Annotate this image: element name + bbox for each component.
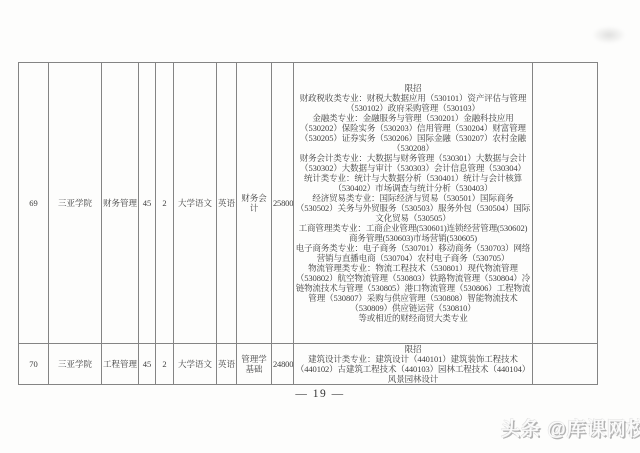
cell-blank: [533, 344, 598, 385]
cell-subject-3: 管理学基础: [237, 344, 272, 385]
cell-subject-1: 大学语文: [174, 63, 217, 344]
cell-major: 财务管理: [102, 63, 139, 344]
cell-subject-1: 大学语文: [174, 344, 217, 385]
watermark: 头条 @库课网校: [501, 414, 640, 441]
scan-smudge: [592, 26, 626, 44]
table-row: 70 三亚学院 工程管理 45 2 大学语文 英语 管理学基础 24800 限招…: [19, 344, 598, 385]
cell-blank: [533, 63, 598, 344]
cell-number-a: 45: [139, 344, 156, 385]
cell-tuition: 25800: [272, 63, 294, 344]
cell-remark: 限招 建筑设计类专业：建筑设计（440101）建筑装饰工程技术（440102）古…: [294, 344, 533, 385]
cell-number-a: 45: [139, 63, 156, 344]
cell-subject-3: 财务会计: [237, 63, 272, 344]
cell-number-b: 2: [156, 63, 174, 344]
document-page: { "colors": { "paper": "#fdfdfc", "text"…: [0, 0, 640, 453]
table-row: 69 三亚学院 财务管理 45 2 大学语文 英语 财务会计 25800 限招 …: [19, 63, 598, 344]
cell-school: 三亚学院: [49, 63, 102, 344]
cell-seq: 70: [19, 344, 49, 385]
page-number: — 19 —: [0, 388, 640, 400]
cell-seq: 69: [19, 63, 49, 344]
cell-subject-2: 英语: [217, 344, 237, 385]
cell-number-b: 2: [156, 344, 174, 385]
cell-school: 三亚学院: [49, 344, 102, 385]
cell-subject-2: 英语: [217, 63, 237, 344]
cell-remark: 限招 财政税收类专业：财税大数据应用（530101）资产评估与管理（530102…: [294, 63, 533, 344]
cell-major: 工程管理: [102, 344, 139, 385]
cell-tuition: 24800: [272, 344, 294, 385]
admissions-table: 69 三亚学院 财务管理 45 2 大学语文 英语 财务会计 25800 限招 …: [18, 62, 598, 385]
